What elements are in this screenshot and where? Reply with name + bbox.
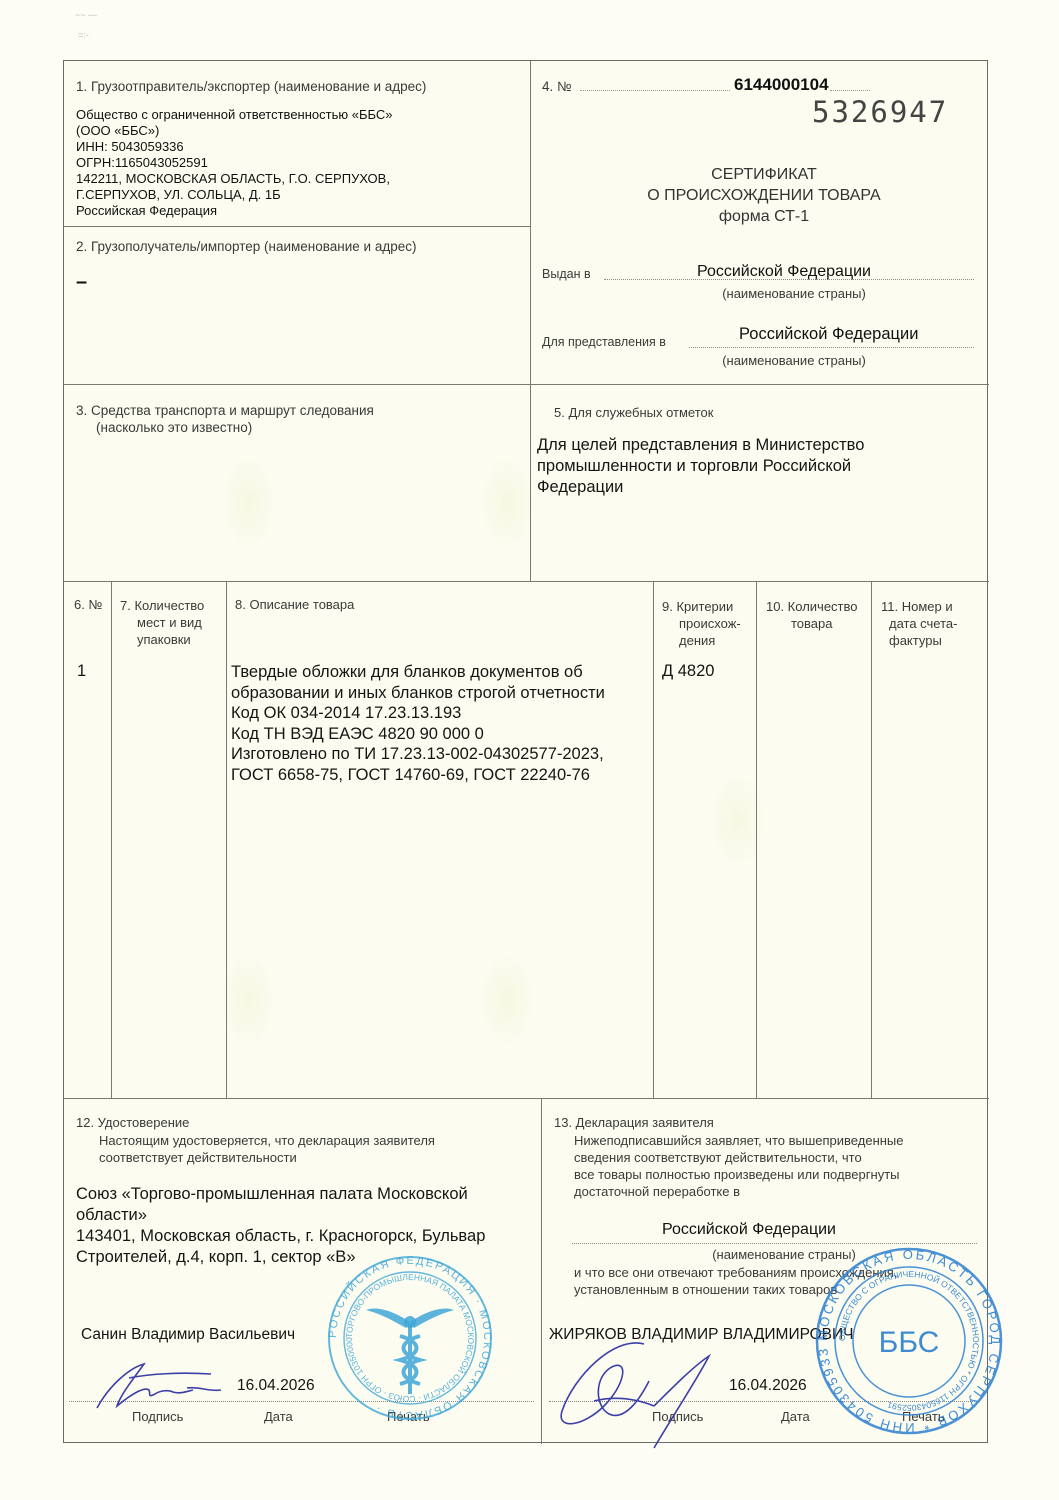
issued-in-country: Российской Федерации	[697, 263, 871, 281]
remark-line: Для целей представления в Министерство	[537, 435, 864, 456]
date-caption: Дата	[264, 1409, 293, 1424]
declarant-signature	[554, 1326, 754, 1456]
title-line: форма СТ-1	[604, 206, 924, 227]
exporter-line: ИНН: 5043059336	[76, 139, 393, 155]
description-line: Твердые обложки для бланков документов о…	[231, 662, 605, 683]
title-line: СЕРТИФИКАТ	[604, 164, 924, 185]
divider	[111, 581, 112, 1098]
box2-label: 2. Грузополучатель/импортер (наименовани…	[76, 239, 417, 254]
presented-in-hint: (наименование страны)	[664, 353, 924, 368]
header-line: дата счета-	[881, 615, 957, 632]
divider	[64, 384, 989, 385]
scan-artifact: ~~ ---	[75, 10, 97, 20]
col-header-number: 6. №	[74, 597, 102, 612]
row-description: Твердые обложки для бланков документов о…	[231, 662, 605, 785]
scan-artifact: =:-	[78, 30, 89, 40]
cert-number-field: 4. № 6144000104	[542, 79, 852, 94]
date-caption: Дата	[781, 1409, 810, 1424]
presented-in-country: Российской Федерации	[739, 325, 918, 344]
presented-in-line	[689, 347, 974, 348]
company-seal-stamp: МОСКОВСКАЯ ОБЛАСТЬ ГОРОД СЕРПУХОВ * ИНН …	[814, 1246, 1004, 1436]
description-line: ГОСТ 6658-75, ГОСТ 14760-69, ГОСТ 22240-…	[231, 765, 605, 786]
description-line: Код ОК 034-2014 17.23.13.193	[231, 703, 605, 724]
divider	[653, 581, 654, 1098]
chamber-line: 143401, Московская область, г. Красногор…	[76, 1226, 485, 1247]
chamber-date: 16.04.2026	[237, 1377, 315, 1395]
box3-sublabel: (насколько это известно)	[96, 420, 252, 435]
remark-line: Федерации	[537, 477, 864, 498]
text-line: соответствует действительности	[99, 1149, 435, 1166]
chamber-signature	[89, 1356, 229, 1416]
exporter-line: Общество с ограниченной ответственностью…	[76, 107, 393, 123]
header-line: 9. Критерии	[662, 598, 741, 615]
exporter-line: Российская Федерация	[76, 203, 393, 219]
header-line: 7. Количество	[120, 597, 204, 614]
description-line: образовании и иных бланков строгой отчет…	[231, 683, 605, 704]
divider	[226, 581, 227, 1098]
certification-text: Настоящим удостоверяется, что декларация…	[99, 1132, 435, 1166]
header-line: мест и вид	[120, 614, 204, 631]
box1-label: 1. Грузоотправитель/экспортер (наименова…	[76, 79, 426, 94]
box5-label: 5. Для служебных отметок	[554, 405, 713, 420]
col-header-invoice: 11. Номер и дата счета- фактуры	[881, 598, 957, 649]
title-line: О ПРОИСХОЖДЕНИИ ТОВАРА	[604, 185, 924, 206]
divider	[530, 384, 531, 581]
header-line: 10. Количество	[766, 598, 858, 615]
box3-label: 3. Средства транспорта и маршрут следова…	[76, 403, 374, 418]
col-header-criteria: 9. Критерии происхож- дения	[662, 598, 741, 649]
text-line: достаточной переработке в	[574, 1183, 904, 1200]
header-line: дения	[662, 632, 741, 649]
header-line: упаковки	[120, 631, 204, 648]
blank-serial-number: 5326947	[812, 95, 948, 129]
importer-value: –	[76, 271, 87, 294]
certificate-title: СЕРТИФИКАТ О ПРОИСХОЖДЕНИИ ТОВАРА форма …	[604, 164, 924, 227]
chamber-signer: Санин Владимир Васильевич	[81, 1326, 295, 1344]
row-number: 1	[77, 662, 86, 681]
declaration-text: Нижеподписавшийся заявляет, что вышеприв…	[574, 1132, 904, 1200]
cert-number-label: 4. №	[542, 79, 572, 94]
chamber-line: области»	[76, 1205, 485, 1226]
country-line	[572, 1243, 977, 1244]
presented-in-label: Для представления в	[542, 335, 666, 349]
issued-in-hint: (наименование страны)	[664, 286, 924, 301]
issued-in-label: Выдан в	[542, 267, 591, 281]
divider	[64, 226, 530, 227]
divider	[64, 1098, 989, 1099]
declaration-country: Российской Федерации	[662, 1221, 836, 1239]
text-line: Нижеподписавшийся заявляет, что вышеприв…	[574, 1132, 904, 1149]
box13-label: 13. Декларация заявителя	[554, 1115, 714, 1130]
description-line: Изготовлено по ТИ 17.23.13-002-04302577-…	[231, 744, 605, 765]
remark-line: промышленности и торговли Российской	[537, 456, 864, 477]
divider	[530, 61, 531, 384]
col-header-quantity: 10. Количество товара	[766, 598, 858, 632]
col-header-packages: 7. Количество мест и вид упаковки	[120, 597, 204, 648]
header-line: фактуры	[881, 632, 957, 649]
dotted-leader	[830, 90, 870, 91]
text-line: сведения соответствуют действительности,…	[574, 1149, 904, 1166]
col-header-description: 8. Описание товара	[235, 597, 354, 612]
official-remarks: Для целей представления в Министерство п…	[537, 435, 864, 498]
header-line: товара	[766, 615, 858, 632]
row-criteria: Д 4820	[662, 662, 714, 681]
header-line: 11. Номер и	[881, 598, 957, 615]
dotted-leader	[580, 90, 730, 91]
divider	[64, 581, 989, 582]
box12-label: 12. Удостоверение	[76, 1115, 189, 1130]
text-line: Настоящим удостоверяется, что декларация…	[99, 1132, 435, 1149]
certificate-page: ~~ --- =:- 1. Грузоотправитель/экспортер…	[0, 0, 1059, 1500]
divider	[756, 581, 757, 1098]
exporter-details: Общество с ограниченной ответственностью…	[76, 107, 393, 219]
divider	[541, 1098, 542, 1444]
exporter-line: ОГРН:1165043052591	[76, 155, 393, 171]
exporter-line: Г.СЕРПУХОВ, УЛ. СОЛЬЦА, Д. 1Б	[76, 187, 393, 203]
description-line: Код ТН ВЭД ЕАЭС 4820 90 000 0	[231, 724, 605, 745]
chamber-line: Союз «Торгово-промышленная палата Москов…	[76, 1184, 485, 1205]
exporter-line: (ООО «ББС»)	[76, 123, 393, 139]
exporter-line: 142211, МОСКОВСКАЯ ОБЛАСТЬ, Г.О. СЕРПУХО…	[76, 171, 393, 187]
text-line: все товары полностью произведены или под…	[574, 1166, 904, 1183]
header-line: происхож-	[662, 615, 741, 632]
svg-text:ББС: ББС	[879, 1326, 940, 1359]
certificate-form: 1. Грузоотправитель/экспортер (наименова…	[63, 60, 988, 1443]
chamber-seal-stamp: РОССИЙСКАЯ ФЕДЕРАЦИЯ · МОСКОВСКАЯ ОБЛАСТ…	[326, 1254, 494, 1422]
divider	[871, 581, 872, 1098]
cert-number: 6144000104	[734, 75, 829, 95]
